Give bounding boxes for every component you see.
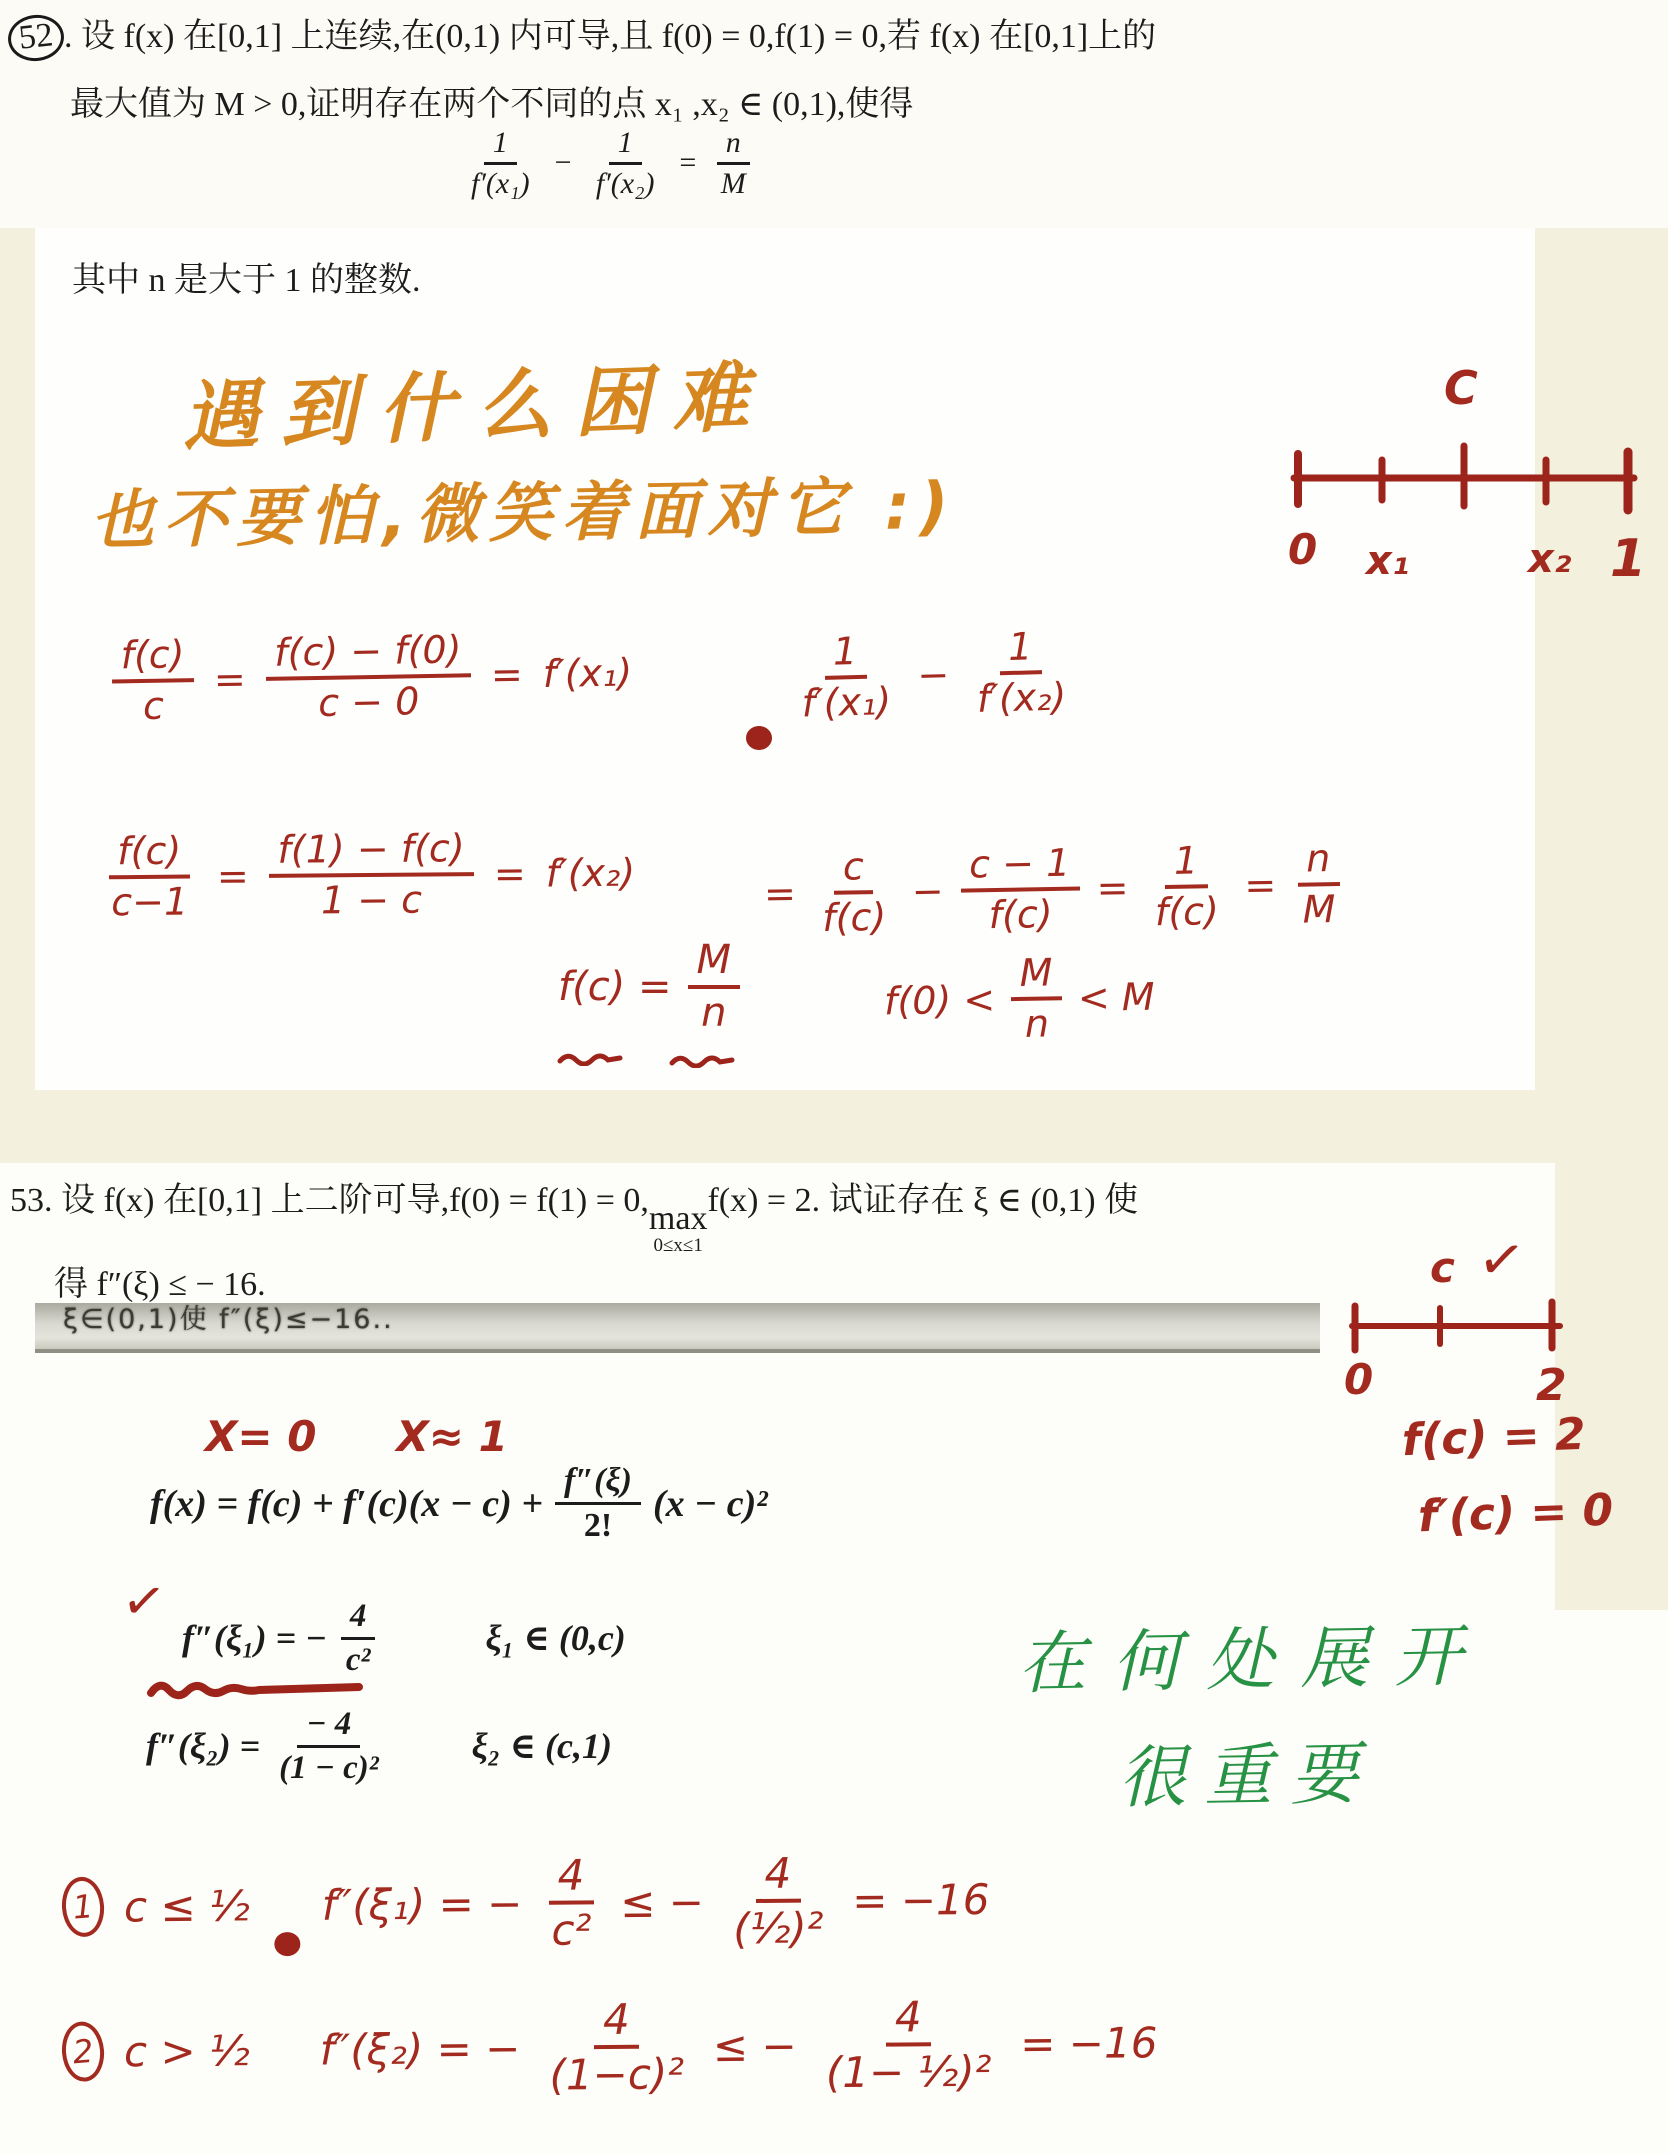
orange-note-line2: 也不要怕,微笑着面对它 :): [89, 454, 958, 561]
x-equals-0: X= 0: [205, 1412, 316, 1461]
problem-52-number: 52: [17, 16, 55, 56]
numberline-53-c-label: c: [1430, 1248, 1455, 1292]
problem-52-statement-1: . 设 f(x) 在[0,1] 上连续,在(0,1) 内可导,且 f(0) = …: [64, 18, 1156, 55]
red-bullet-dot: [746, 726, 772, 750]
problem-52-line1: 52. 设 f(x) 在[0,1] 上连续,在(0,1) 内可导,且 f(0) …: [8, 8, 1156, 61]
fact-fpc: f′(c) = 0: [1417, 1485, 1614, 1543]
wavy-underline: [556, 1050, 626, 1071]
case-1-condition: c ≤ ½: [124, 1881, 250, 1931]
fact-fc: f(c) = 2: [1401, 1409, 1586, 1466]
work52-conclusion-left: f(c) = Mn: [558, 938, 740, 1036]
wavy-underline: [668, 1052, 738, 1073]
work53-x-labels: X= 0 X≈ 1: [205, 1412, 508, 1461]
green-note-line2: 很重要: [1117, 1720, 1377, 1821]
numberline-52-tick-x1: x₁: [1364, 538, 1409, 580]
study-notes-page: { "problem52": { "number": "52", "line1"…: [0, 0, 1668, 2154]
case-1-row: 1 c ≤ ½ f″(ξ₁) = − 4c² ≤ − 4(½)² = −16: [62, 1848, 990, 1958]
max-operator: max0≤x≤1: [649, 1202, 708, 1255]
problem-53-line2: 得 f″(ξ) ≤ − 16.: [54, 1256, 266, 1305]
orange-note-line1: 遇到什么困难: [180, 336, 771, 465]
fraction: nM: [712, 126, 755, 200]
case-2-condition: c > ½: [124, 2026, 250, 2076]
numberline-52: C 0 x₁ x₂ 1: [1282, 360, 1652, 585]
numberline-53-tick-2: 2: [1536, 1360, 1567, 1408]
work52-row1-right: 1f′(x₁) − 1f′(x₂): [791, 624, 1076, 724]
numberline-53: c 0 2: [1338, 1248, 1588, 1413]
xi1-equation: f″(ξ₁) = − 4c² ξ₁ ∈ (0,c): [182, 1598, 626, 1679]
fraction: 1f′(x₁): [462, 126, 539, 200]
numberline-52-tick-0: 0: [1288, 525, 1317, 574]
case-2-number: 2: [60, 2020, 107, 2083]
work52-row2-left: f(c)c−1 = f(1) − f(c)1 − c = f′(x₂): [102, 826, 636, 924]
numberline-52-tick-1: 1: [1610, 529, 1646, 580]
green-note-line1: 在何处展开: [1017, 1602, 1489, 1707]
work52-row1-left: f(c)c = f(c) − f(0)c − 0 = f′(x₁): [111, 625, 633, 727]
numberline-53-tick-0: 0: [1344, 1355, 1373, 1404]
fraction: 1f′(x₂): [587, 126, 664, 200]
problem-53-line1: 53. 设 f(x) 在[0,1] 上二阶可导,f(0) = f(1) = 0,…: [10, 1172, 1138, 1255]
work52-row2-right: = cf(c) − c − 1f(c) = 1f(c) = nM: [759, 837, 1345, 940]
checkmark-xi1: ✓: [118, 1569, 170, 1634]
work52-conclusion-right: f(0) < Mn < M: [883, 950, 1155, 1048]
video-strip-text: ξ∈(0,1)使 f″(ξ)≤−16..: [63, 1303, 1320, 1336]
case-2-row: 2 c > ½ f″(ξ₂) = − 4(1−c)² ≤ − 4(1− ½)² …: [62, 1991, 1158, 2103]
xi2-range: ξ₂ ∈ (c,1): [472, 1725, 612, 1767]
problem-52-line2: 最大值为 M > 0,证明存在两个不同的点 x₁ ,x₂ ∈ (0,1),使得: [70, 76, 913, 125]
red-bullet-dot: [274, 1932, 300, 1956]
numberline-52-tick-x2: x₂: [1526, 536, 1572, 580]
xi1-range: ξ₁ ∈ (0,c): [485, 1617, 625, 1659]
problem-52-formula: 1f′(x₁) − 1f′(x₂) = nM: [462, 126, 755, 200]
case-1-number: 1: [60, 1875, 107, 1938]
problem-52-number-circle: 52: [6, 12, 67, 64]
red-wavy-divider: [146, 1676, 366, 1707]
xi2-equation: f″(ξ₂) = − 4(1 − c)² ξ₂ ∈ (c,1): [146, 1706, 612, 1787]
problem-52-line3: 其中 n 是大于 1 的整数.: [72, 252, 421, 301]
numberline-52-c-label: C: [1444, 361, 1478, 415]
video-strip: ξ∈(0,1)使 f″(ξ)≤−16..: [35, 1303, 1320, 1353]
taylor-formula: f(x) = f(c) + f′(c)(x − c) + f″(ξ)2! (x …: [150, 1462, 768, 1545]
x-equals-1: X≈ 1: [396, 1412, 507, 1461]
